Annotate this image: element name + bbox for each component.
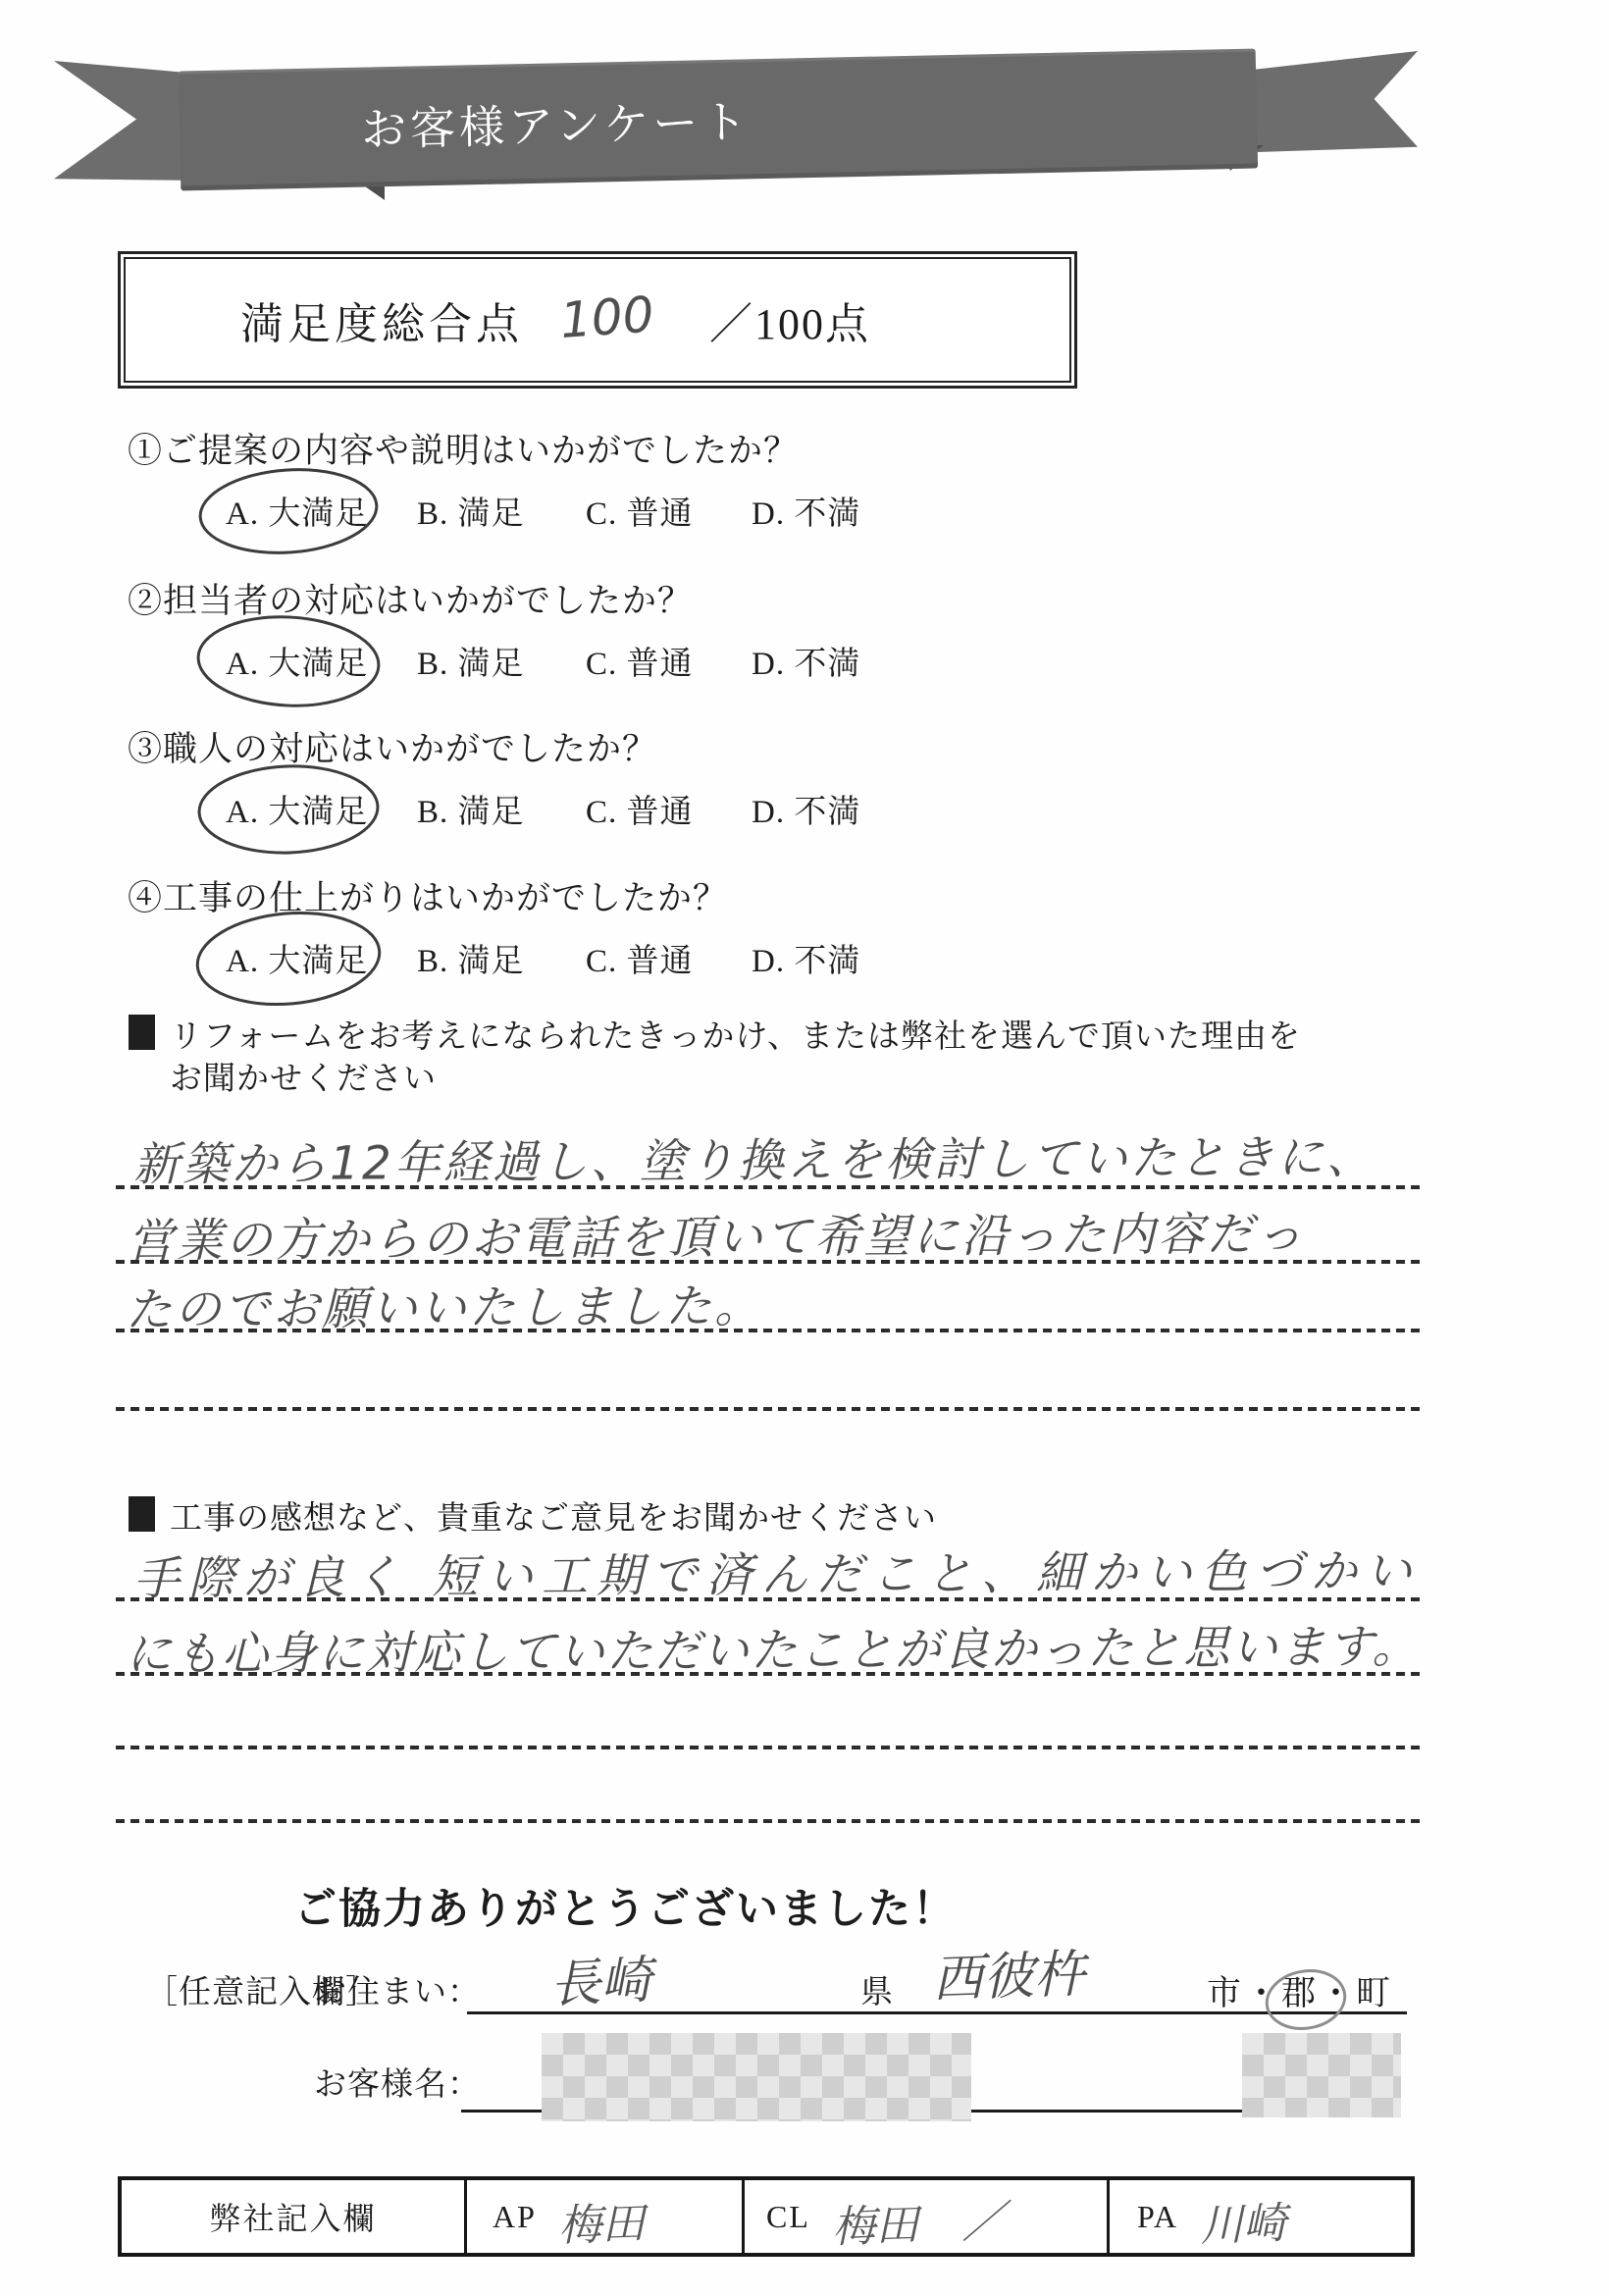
score-value-handwritten: 100 bbox=[558, 286, 655, 349]
answer-line bbox=[116, 1185, 1421, 1189]
option-d: D. 不満 bbox=[752, 488, 860, 534]
privacy-mosaic bbox=[542, 2033, 971, 2121]
question-4-number: ④ bbox=[128, 879, 163, 917]
option-c: C. 普通 bbox=[586, 488, 694, 534]
question-1-number: ① bbox=[128, 432, 163, 470]
section-1-heading-line2: お聞かせください bbox=[170, 1053, 437, 1099]
answer-line bbox=[116, 1672, 1421, 1676]
section-1-answer-line1: 新築から12年経過し、塗り換えを検討していたときに、 bbox=[133, 1121, 1375, 1194]
option-d: D. 不満 bbox=[752, 786, 860, 832]
residence-label: お住まい： bbox=[314, 1966, 481, 2012]
question-1-options: A. 大満足 B. 満足 C. 普通 D. 不満 bbox=[226, 488, 1109, 537]
cl-value-handwritten: 梅田 ／ bbox=[831, 2186, 1006, 2255]
score-denominator: ／100点 bbox=[709, 288, 870, 351]
option-c: C. 普通 bbox=[586, 638, 694, 684]
option-b: B. 満足 bbox=[417, 488, 525, 534]
answer-line bbox=[116, 1329, 1421, 1332]
office-table-cl-cell: CL 梅田 ／ bbox=[745, 2180, 1110, 2253]
question-4-options: A. 大満足 B. 満足 C. 普通 D. 不満 bbox=[226, 935, 1109, 984]
office-table-header-cell: 弊社記入欄 bbox=[122, 2180, 467, 2253]
option-c: C. 普通 bbox=[586, 935, 694, 981]
office-table-ap-cell: AP 梅田 bbox=[467, 2180, 745, 2253]
option-b: B. 満足 bbox=[417, 935, 525, 981]
section-bullet-square bbox=[129, 1015, 155, 1050]
option-b: B. 満足 bbox=[417, 638, 525, 684]
question-2-number: ② bbox=[128, 582, 163, 620]
customer-survey-sheet: お客様アンケート 満足度総合点 100 ／100点 ①ご提案の内容や説明はいかが… bbox=[0, 0, 1609, 2296]
prefecture-handwritten: 長崎 bbox=[547, 1938, 653, 2016]
option-a: A. 大満足 bbox=[226, 786, 368, 832]
option-b: B. 満足 bbox=[417, 786, 525, 832]
answer-line bbox=[116, 1819, 1421, 1823]
pa-label: PA bbox=[1137, 2199, 1178, 2235]
office-table-pa-cell: PA 川崎 bbox=[1110, 2180, 1411, 2253]
question-3-number: ③ bbox=[128, 730, 163, 768]
section-2-heading: 工事の感想など、貴重なご意見をお聞かせください bbox=[170, 1492, 937, 1539]
district-handwritten: 西彼杵 bbox=[931, 1932, 1087, 2010]
option-a: A. 大満足 bbox=[226, 488, 368, 534]
form-title: お客様アンケート bbox=[360, 86, 752, 159]
cl-label: CL bbox=[766, 2199, 810, 2235]
answer-line bbox=[116, 1746, 1421, 1749]
section-bullet-square bbox=[129, 1496, 155, 1532]
answer-line bbox=[116, 1597, 1421, 1601]
ap-label: AP bbox=[493, 2199, 537, 2235]
thank-you-message: ご協力ありがとうございました！ bbox=[294, 1876, 957, 1936]
ap-value-handwritten: 梅田 bbox=[557, 2187, 646, 2253]
section-1-heading-line1: リフォームをお考えになられたきっかけ、または弊社を選んで頂いた理由を bbox=[170, 1011, 1301, 1057]
gun-selection-circle-icon bbox=[1264, 1964, 1348, 2035]
privacy-mosaic bbox=[1242, 2033, 1401, 2117]
office-use-table: 弊社記入欄 AP 梅田 CL 梅田 ／ PA 川崎 bbox=[118, 2176, 1415, 2257]
customer-name-label: お客様名： bbox=[314, 2059, 481, 2105]
option-a: A. 大満足 bbox=[226, 638, 368, 684]
prefecture-unit-label: 県 bbox=[860, 1966, 894, 2012]
option-d: D. 不満 bbox=[752, 638, 860, 684]
score-label: 満足度総合点 bbox=[240, 288, 523, 351]
question-2-options: A. 大満足 B. 満足 C. 普通 D. 不満 bbox=[226, 638, 1109, 687]
answer-line bbox=[116, 1260, 1421, 1264]
pa-value-handwritten: 川崎 bbox=[1199, 2187, 1287, 2253]
overall-score-box: 満足度総合点 100 ／100点 bbox=[118, 251, 1077, 389]
question-3-options: A. 大満足 B. 満足 C. 普通 D. 不満 bbox=[226, 786, 1109, 835]
option-a: A. 大満足 bbox=[226, 935, 368, 981]
option-c: C. 普通 bbox=[586, 786, 694, 832]
office-use-label: 弊社記入欄 bbox=[209, 2194, 376, 2239]
option-d: D. 不満 bbox=[752, 935, 860, 981]
answer-line bbox=[116, 1407, 1421, 1411]
